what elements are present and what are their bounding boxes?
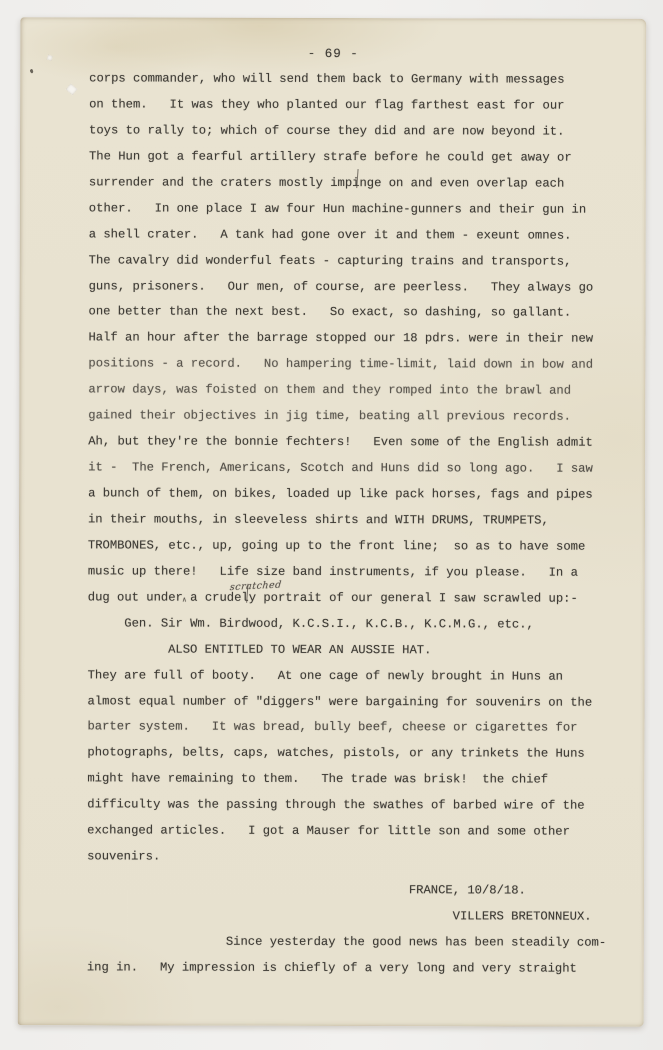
paper-damage-spot	[66, 83, 78, 95]
text-line: They are full of booty. At one cage of n…	[88, 663, 641, 690]
text-line: photographs, belts, caps, watches, pisto…	[87, 741, 640, 768]
text-line: Half an hour after the barrage stopped o…	[88, 326, 641, 353]
scanned-page-background: { "page": { "number_display": "- 69 -" }…	[0, 0, 663, 1050]
text-line: Gen. Sir Wm. Birdwood, K.C.S.I., K.C.B.,…	[88, 611, 641, 638]
text-line: gained their objectives in jig time, bea…	[88, 404, 641, 431]
text-line: difficulty was the passing through the s…	[87, 793, 640, 820]
paper-sheet: - 69 - corps commander, who will send th…	[18, 17, 647, 1027]
ink-speck	[29, 69, 34, 74]
page-number: - 69 -	[20, 46, 646, 62]
text-line: a shell crater. A tank had gone over it …	[89, 222, 642, 249]
text-line: arrow days, was foisted on them and they…	[88, 378, 641, 405]
pen-mark: ∧	[182, 597, 186, 604]
text-line: barter system. It was bread, bully beef,…	[87, 715, 640, 742]
text-line: almost equal number of "diggers" were ba…	[87, 689, 640, 716]
text-line: on them. It was they who planted our fla…	[89, 92, 642, 119]
text-line: Since yesterday the good news has been s…	[87, 929, 640, 956]
text-line: in their mouths, in sleeveless shirts an…	[88, 507, 641, 534]
text-line: souvenirs.	[87, 844, 640, 871]
text-line: music up there! Life size band instrumen…	[88, 559, 641, 586]
text-line: it - The French, Americans, Scotch and H…	[88, 455, 641, 482]
pen-mark	[356, 169, 359, 188]
handwritten-annotation: scratched	[230, 573, 282, 599]
text-line: The Hun got a fearful artillery strafe b…	[89, 144, 642, 171]
text-line: might have remaining to them. The trade …	[87, 767, 640, 794]
text-line: The cavalry did wonderful feats - captur…	[89, 248, 642, 275]
text-line: exchanged articles. I got a Mauser for l…	[87, 819, 640, 846]
text-line: positions - a record. No hampering time-…	[88, 352, 641, 379]
text-line: ing in. My impression is chiefly of a ve…	[87, 955, 640, 982]
text-line: other. In one place I aw four Hun machin…	[89, 196, 642, 223]
text-line: a bunch of them, on bikes, loaded up lik…	[88, 481, 641, 508]
text-line: VILLERS BRETONNEUX.	[87, 903, 640, 930]
text-line: TROMBONES, etc., up, going up to the fro…	[88, 533, 641, 560]
text-line: surrender and the craters mostly impinge…	[89, 170, 642, 197]
text-line: toys to rally to; which of course they d…	[89, 118, 642, 145]
text-line: guns, prisoners. Our men, of course, are…	[89, 274, 642, 301]
text-line: FRANCE, 10/8/18.	[87, 877, 640, 904]
text-line: dug out under a crudely portrait of our …	[88, 585, 641, 612]
text-line: ALSO ENTITLED TO WEAR AN AUSSIE HAT.	[88, 637, 641, 664]
text-line: Ah, but they're the bonnie fechters! Eve…	[88, 429, 641, 456]
text-line: one better than the next best. So exact,…	[89, 300, 642, 327]
text-line: corps commander, who will send them back…	[89, 66, 642, 93]
typescript-lines: corps commander, who will send them back…	[87, 66, 642, 982]
